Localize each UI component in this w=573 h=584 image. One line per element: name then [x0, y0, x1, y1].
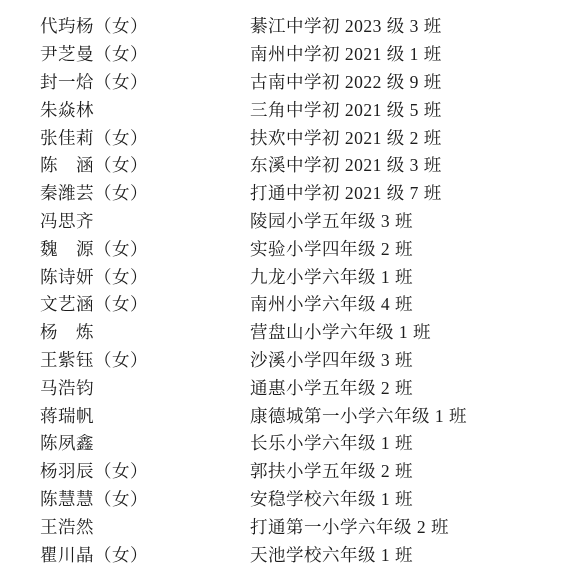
roster-row: 秦潍芸（女）打通中学初 2021 级 7 班 [40, 179, 563, 207]
roster-row: 魏 源（女）实验小学四年级 2 班 [40, 234, 563, 262]
student-name: 张佳莉（女） [40, 125, 250, 150]
roster-row: 尹芝曼（女）南州中学初 2021 级 1 班 [40, 40, 563, 68]
roster-row: 文艺涵（女）南州小学六年级 4 班 [40, 290, 563, 318]
roster-row: 马浩钧通惠小学五年级 2 班 [40, 373, 563, 401]
student-name: 朱焱林 [40, 97, 250, 122]
roster-row: 冯思齐陵园小学五年级 3 班 [40, 207, 563, 235]
student-name: 王紫钰（女） [40, 347, 250, 372]
school-class: 扶欢中学初 2021 级 2 班 [250, 125, 563, 150]
student-name: 陈夙鑫 [40, 430, 250, 455]
school-class: 九龙小学六年级 1 班 [250, 264, 563, 289]
student-name: 瞿川晶（女） [40, 542, 250, 567]
school-class: 打通中学初 2021 级 7 班 [250, 180, 563, 205]
school-class: 天池学校六年级 1 班 [250, 542, 563, 567]
roster-row: 王紫钰（女）沙溪小学四年级 3 班 [40, 346, 563, 374]
school-class: 东溪中学初 2021 级 3 班 [250, 152, 563, 177]
student-name: 封一烚（女） [40, 69, 250, 94]
student-name: 魏 源（女） [40, 236, 250, 261]
school-class: 綦江中学初 2023 级 3 班 [250, 13, 563, 38]
roster-page: 代玙杨（女）綦江中学初 2023 级 3 班尹芝曼（女）南州中学初 2021 级… [0, 0, 573, 584]
roster-row: 张佳莉（女）扶欢中学初 2021 级 2 班 [40, 123, 563, 151]
school-class: 通惠小学五年级 2 班 [250, 375, 563, 400]
roster-row: 陈夙鑫长乐小学六年级 1 班 [40, 429, 563, 457]
school-class: 打通第一小学六年级 2 班 [250, 514, 563, 539]
school-class: 实验小学四年级 2 班 [250, 236, 563, 261]
student-name: 代玙杨（女） [40, 13, 250, 38]
school-class: 安稳学校六年级 1 班 [250, 486, 563, 511]
roster-row: 陈诗妍（女）九龙小学六年级 1 班 [40, 262, 563, 290]
roster-row: 陈慧慧（女）安稳学校六年级 1 班 [40, 485, 563, 513]
school-class: 古南中学初 2022 级 9 班 [250, 69, 563, 94]
student-name: 冯思齐 [40, 208, 250, 233]
roster-row: 陈 涵（女）东溪中学初 2021 级 3 班 [40, 151, 563, 179]
school-class: 三角中学初 2021 级 5 班 [250, 97, 563, 122]
roster-row: 代玙杨（女）綦江中学初 2023 级 3 班 [40, 12, 563, 40]
roster-row: 王浩然打通第一小学六年级 2 班 [40, 512, 563, 540]
school-class: 沙溪小学四年级 3 班 [250, 347, 563, 372]
student-name: 蒋瑞帆 [40, 403, 250, 428]
student-name: 马浩钧 [40, 375, 250, 400]
student-name: 陈 涵（女） [40, 152, 250, 177]
roster-row: 瞿川晶（女）天池学校六年级 1 班 [40, 540, 563, 568]
roster-row: 杨羽辰（女）郭扶小学五年级 2 班 [40, 457, 563, 485]
roster-list: 代玙杨（女）綦江中学初 2023 级 3 班尹芝曼（女）南州中学初 2021 级… [40, 12, 563, 568]
student-name: 杨羽辰（女） [40, 458, 250, 483]
school-class: 长乐小学六年级 1 班 [250, 430, 563, 455]
student-name: 陈诗妍（女） [40, 264, 250, 289]
student-name: 杨 炼 [40, 319, 250, 344]
school-class: 南州中学初 2021 级 1 班 [250, 41, 563, 66]
school-class: 郭扶小学五年级 2 班 [250, 458, 563, 483]
student-name: 秦潍芸（女） [40, 180, 250, 205]
student-name: 尹芝曼（女） [40, 41, 250, 66]
roster-row: 朱焱林三角中学初 2021 级 5 班 [40, 95, 563, 123]
school-class: 康德城第一小学六年级 1 班 [250, 403, 563, 428]
student-name: 文艺涵（女） [40, 291, 250, 316]
roster-row: 杨 炼营盘山小学六年级 1 班 [40, 318, 563, 346]
student-name: 王浩然 [40, 514, 250, 539]
school-class: 南州小学六年级 4 班 [250, 291, 563, 316]
roster-row: 封一烚（女）古南中学初 2022 级 9 班 [40, 68, 563, 96]
school-class: 营盘山小学六年级 1 班 [250, 319, 563, 344]
roster-row: 蒋瑞帆康德城第一小学六年级 1 班 [40, 401, 563, 429]
student-name: 陈慧慧（女） [40, 486, 250, 511]
school-class: 陵园小学五年级 3 班 [250, 208, 563, 233]
